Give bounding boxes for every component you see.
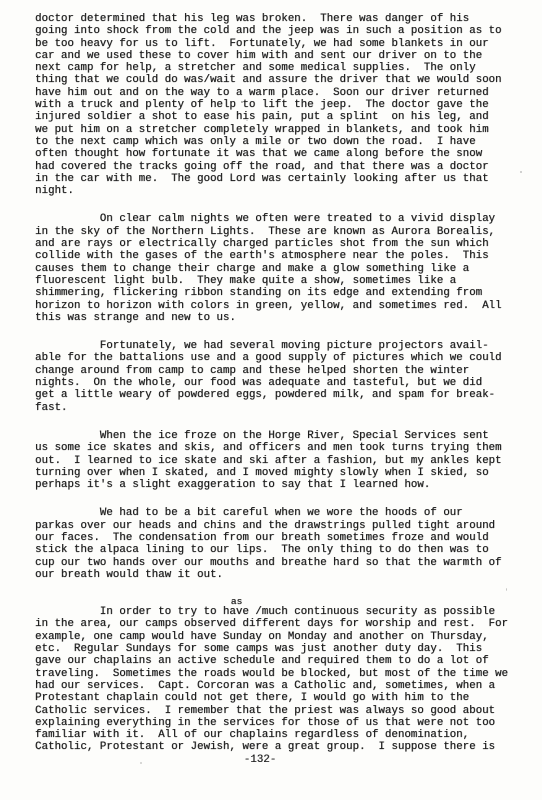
text-line: turning over when I skated, and I moved … — [35, 467, 531, 479]
text-line: out. I learned to ice skate and ski afte… — [35, 455, 531, 467]
text-line: fast. — [35, 402, 531, 414]
text-line: had our services. Capt. Corcoran was a C… — [35, 680, 531, 692]
text-line: traveling. Sometimes the roads would be … — [35, 668, 531, 680]
text-line: our breath would thaw it out. — [35, 569, 531, 581]
text-line: example, one camp would have Sunday on M… — [35, 631, 531, 643]
document-text: doctor determined that his leg was broke… — [35, 13, 531, 754]
scan-speck — [62, 302, 63, 304]
scan-speck — [140, 762, 142, 764]
scan-speck — [506, 588, 507, 591]
scan-speck — [38, 748, 40, 750]
text-line: with a truck and plenty of help to lift … — [35, 99, 531, 111]
text-line: this was strange and new to us. — [35, 312, 531, 324]
text-line: nights. On the whole, our food was adequ… — [35, 377, 531, 389]
text-line: our faces. The condensation from our bre… — [35, 532, 531, 544]
paragraph: On clear calm nights we often were treat… — [35, 213, 531, 324]
text-line: cup our two hands over our mouths and br… — [35, 557, 531, 569]
text-line: in the car with me. The good Lord was ce… — [35, 173, 531, 185]
text-line: When the ice froze on the Horge River, S… — [35, 430, 531, 442]
text-line: Catholic services. I remember that the p… — [35, 705, 531, 717]
text-line: parkas over our heads and chins and the … — [35, 520, 531, 532]
text-line: change around from camp to camp and thes… — [35, 365, 531, 377]
text-line: On clear calm nights we often were treat… — [35, 213, 531, 225]
text-line: going into shock from the cold and the j… — [35, 25, 531, 37]
text-line: us some ice skates and skis, and officer… — [35, 442, 531, 454]
paragraph: as In order to try to have /much continu… — [35, 597, 531, 754]
text-line: familiar with it. All of our chaplains r… — [35, 729, 531, 741]
text-line: we put him on a stretcher completely wra… — [35, 124, 531, 136]
text-line: In order to try to have /much continuous… — [35, 606, 531, 618]
scan-speck — [246, 120, 248, 121]
text-line: next camp for help, a stretcher and some… — [35, 62, 531, 74]
text-line: collide with the gases of the earth's at… — [35, 250, 531, 262]
text-line: explaining everything in the services fo… — [35, 717, 531, 729]
paragraph: doctor determined that his leg was broke… — [35, 13, 531, 197]
text-line: causes them to change their charge and m… — [35, 263, 531, 275]
text-line: had covered the tracks going off the roa… — [35, 161, 531, 173]
text-line: have him out and on the way to a warm pl… — [35, 87, 531, 99]
scan-speck — [241, 101, 243, 103]
text-line: perhaps it's a slight exaggeration to sa… — [35, 479, 531, 491]
text-line: stick the alpaca lining to our lips. The… — [35, 544, 531, 556]
page-number: -132- — [0, 754, 520, 766]
text-line: Protestant chaplain could not get there,… — [35, 692, 531, 704]
text-line: shimmering, flickering ribbon standing o… — [35, 287, 531, 299]
paragraph: When the ice froze on the Horge River, S… — [35, 430, 531, 491]
typed-insertion: as — [35, 597, 531, 606]
document-page: doctor determined that his leg was broke… — [0, 0, 542, 800]
text-line: in the sky of the Northern Lights. These… — [35, 226, 531, 238]
text-line: able for the battalions use and a good s… — [35, 352, 531, 364]
text-line: thing that we could do was/wait and assu… — [35, 74, 531, 86]
text-line: get a little weary of powdered eggs, pow… — [35, 389, 531, 401]
text-line: night. — [35, 185, 531, 197]
text-line: Fortunately, we had several moving pictu… — [35, 340, 531, 352]
text-line: car and we used these to cover him with … — [35, 50, 531, 62]
text-line: doctor determined that his leg was broke… — [35, 13, 531, 25]
paragraph: We had to be a bit careful when we wore … — [35, 507, 531, 581]
text-line: We had to be a bit careful when we wore … — [35, 507, 531, 519]
text-line: be too heavy for us to lift. Fortunately… — [35, 38, 531, 50]
text-line: and are rays or electrically charged par… — [35, 238, 531, 250]
text-line: often thought how fortunate it was that … — [35, 148, 531, 160]
text-line: etc. Regular Sundays for some camps was … — [35, 643, 531, 655]
text-line: horizon to horizon with colors in green,… — [35, 300, 531, 312]
text-line: gave our chaplains an active schedule an… — [35, 655, 531, 667]
text-line: fluorescent light bulb. They make quite … — [35, 275, 531, 287]
text-line: Catholic, Protestant or Jewish, were a g… — [35, 741, 531, 753]
paragraph: Fortunately, we had several moving pictu… — [35, 340, 531, 414]
text-line: to the next camp which was only a mile o… — [35, 136, 531, 148]
scan-speck — [520, 171, 522, 173]
text-line: injured soldier a shot to ease his pain,… — [35, 111, 531, 123]
text-line: in the area, our camps observed differen… — [35, 618, 531, 630]
